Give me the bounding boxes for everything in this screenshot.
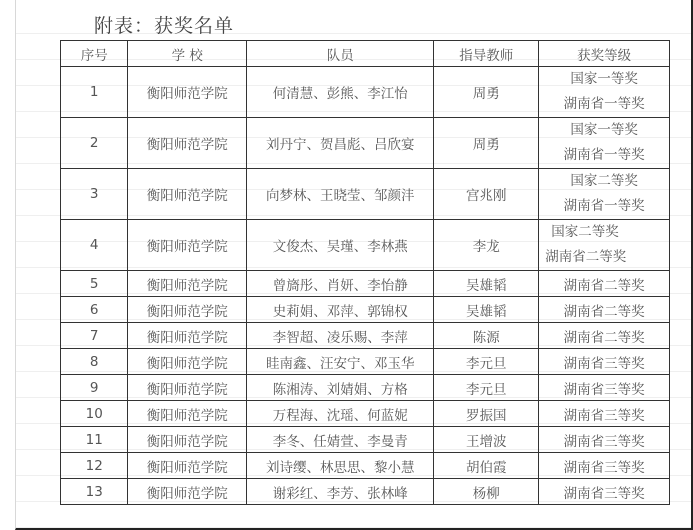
award-list-table: 序号 学 校 队员 指导教师 获奖等级 1 衡阳师范学院 何清慧、彭熊、李江怡 …: [60, 40, 670, 505]
cell-school: 衡阳师范学院: [128, 323, 247, 349]
cell-members: 陈湘涛、刘婧娟、方格: [247, 375, 434, 401]
cell-school: 衡阳师范学院: [128, 453, 247, 479]
cell-advisor: 罗振国: [434, 401, 539, 427]
table-row: 6 衡阳师范学院 史莉娟、邓萍、郭锦权 吴雄韬 湖南省二等奖: [61, 297, 670, 323]
header-members: 队员: [247, 41, 434, 67]
cell-number: 3: [61, 169, 128, 220]
cell-number: 6: [61, 297, 128, 323]
cell-award-level: 湖南省三等奖: [539, 453, 670, 479]
cell-award-level: 湖南省三等奖: [539, 479, 670, 505]
cell-advisor: 吴雄韬: [434, 297, 539, 323]
table-row: 1 衡阳师范学院 何清慧、彭熊、李江怡 周勇 国家一等奖 湖南省一等奖: [61, 67, 670, 118]
cell-school: 衡阳师范学院: [128, 271, 247, 297]
header-advisor: 指导教师: [434, 41, 539, 67]
cell-members: 曾旖彤、肖妍、李怡静: [247, 271, 434, 297]
cell-advisor: 周勇: [434, 67, 539, 118]
header-school: 学 校: [128, 41, 247, 67]
table-row: 13 衡阳师范学院 谢彩红、李芳、张林峰 杨柳 湖南省三等奖: [61, 479, 670, 505]
cell-number: 9: [61, 375, 128, 401]
cell-award-level: 湖南省二等奖: [539, 271, 670, 297]
cell-advisor: 杨柳: [434, 479, 539, 505]
cell-number: 13: [61, 479, 128, 505]
cell-school: 衡阳师范学院: [128, 118, 247, 169]
table-row: 8 衡阳师范学院 眭南鑫、汪安宁、邓玉华 李元旦 湖南省三等奖: [61, 349, 670, 375]
cell-members: 李智超、凌乐赐、李萍: [247, 323, 434, 349]
cell-advisor: 李龙: [434, 220, 539, 271]
cell-advisor: 周勇: [434, 118, 539, 169]
cell-school: 衡阳师范学院: [128, 297, 247, 323]
cell-members: 眭南鑫、汪安宁、邓玉华: [247, 349, 434, 375]
cell-award-level: 国家二等奖 湖南省一等奖: [539, 169, 670, 220]
cell-award-level: 湖南省三等奖: [539, 349, 670, 375]
table-row: 10 衡阳师范学院 万程海、沈瑶、何蓝妮 罗振国 湖南省三等奖: [61, 401, 670, 427]
cell-advisor: 陈源: [434, 323, 539, 349]
cell-number: 11: [61, 427, 128, 453]
cell-number: 5: [61, 271, 128, 297]
award-provincial: 湖南省二等奖: [545, 245, 669, 270]
cell-award-level: 湖南省二等奖: [539, 323, 670, 349]
cell-number: 4: [61, 220, 128, 271]
cell-members: 谢彩红、李芳、张林峰: [247, 479, 434, 505]
table-row: 2 衡阳师范学院 刘丹宁、贺昌彪、吕欣宴 周勇 国家一等奖 湖南省一等奖: [61, 118, 670, 169]
cell-members: 刘丹宁、贺昌彪、吕欣宴: [247, 118, 434, 169]
cell-award-level: 湖南省三等奖: [539, 401, 670, 427]
cell-number: 10: [61, 401, 128, 427]
table-row: 5 衡阳师范学院 曾旖彤、肖妍、李怡静 吴雄韬 湖南省二等奖: [61, 271, 670, 297]
cell-number: 2: [61, 118, 128, 169]
award-national: 国家二等奖: [545, 220, 669, 245]
page-title: 附表：获奖名单: [94, 11, 234, 38]
cell-advisor: 胡伯霞: [434, 453, 539, 479]
cell-number: 1: [61, 67, 128, 118]
cell-award-level: 国家一等奖 湖南省一等奖: [539, 67, 670, 118]
cell-school: 衡阳师范学院: [128, 427, 247, 453]
award-provincial: 湖南省一等奖: [539, 194, 669, 219]
table-row: 3 衡阳师范学院 向梦林、王晓莹、邹颜沣 宫兆刚 国家二等奖 湖南省一等奖: [61, 169, 670, 220]
cell-school: 衡阳师范学院: [128, 479, 247, 505]
cell-members: 文俊杰、吴瑾、李林燕: [247, 220, 434, 271]
cell-award-level: 湖南省二等奖: [539, 297, 670, 323]
cell-award-level: 国家一等奖 湖南省一等奖: [539, 118, 670, 169]
cell-number: 12: [61, 453, 128, 479]
award-provincial: 湖南省一等奖: [539, 143, 669, 168]
cell-members: 向梦林、王晓莹、邹颜沣: [247, 169, 434, 220]
table-row: 11 衡阳师范学院 李冬、任婧萱、李曼青 王增波 湖南省三等奖: [61, 427, 670, 453]
cell-award-level: 湖南省三等奖: [539, 375, 670, 401]
cell-members: 李冬、任婧萱、李曼青: [247, 427, 434, 453]
cell-number: 8: [61, 349, 128, 375]
cell-school: 衡阳师范学院: [128, 349, 247, 375]
cell-award-level: 湖南省三等奖: [539, 427, 670, 453]
cell-advisor: 李元旦: [434, 349, 539, 375]
cell-advisor: 宫兆刚: [434, 169, 539, 220]
cell-members: 何清慧、彭熊、李江怡: [247, 67, 434, 118]
cell-school: 衡阳师范学院: [128, 401, 247, 427]
cell-award-level: 国家二等奖 湖南省二等奖: [539, 220, 670, 271]
award-provincial: 湖南省一等奖: [539, 92, 669, 117]
award-national: 国家一等奖: [539, 118, 669, 143]
cell-school: 衡阳师范学院: [128, 169, 247, 220]
cell-school: 衡阳师范学院: [128, 220, 247, 271]
cell-members: 刘诗缨、林思思、黎小慧: [247, 453, 434, 479]
header-award-level: 获奖等级: [539, 41, 670, 67]
table-row: 9 衡阳师范学院 陈湘涛、刘婧娟、方格 李元旦 湖南省三等奖: [61, 375, 670, 401]
cell-number: 7: [61, 323, 128, 349]
cell-school: 衡阳师范学院: [128, 375, 247, 401]
header-number: 序号: [61, 41, 128, 67]
table-row: 12 衡阳师范学院 刘诗缨、林思思、黎小慧 胡伯霞 湖南省三等奖: [61, 453, 670, 479]
document-page: 附表：获奖名单 序号 学 校 队员 指导教师 获奖等级 1 衡阳师范学院 何清慧…: [15, 0, 693, 530]
award-national: 国家二等奖: [539, 169, 669, 194]
award-national: 国家一等奖: [539, 67, 669, 92]
table-row: 7 衡阳师范学院 李智超、凌乐赐、李萍 陈源 湖南省二等奖: [61, 323, 670, 349]
cell-members: 史莉娟、邓萍、郭锦权: [247, 297, 434, 323]
cell-members: 万程海、沈瑶、何蓝妮: [247, 401, 434, 427]
table-header-row: 序号 学 校 队员 指导教师 获奖等级: [61, 41, 670, 67]
cell-advisor: 吴雄韬: [434, 271, 539, 297]
cell-advisor: 王增波: [434, 427, 539, 453]
table-body: 1 衡阳师范学院 何清慧、彭熊、李江怡 周勇 国家一等奖 湖南省一等奖 2 衡阳…: [61, 67, 670, 505]
table-row: 4 衡阳师范学院 文俊杰、吴瑾、李林燕 李龙 国家二等奖 湖南省二等奖: [61, 220, 670, 271]
cell-school: 衡阳师范学院: [128, 67, 247, 118]
cell-advisor: 李元旦: [434, 375, 539, 401]
